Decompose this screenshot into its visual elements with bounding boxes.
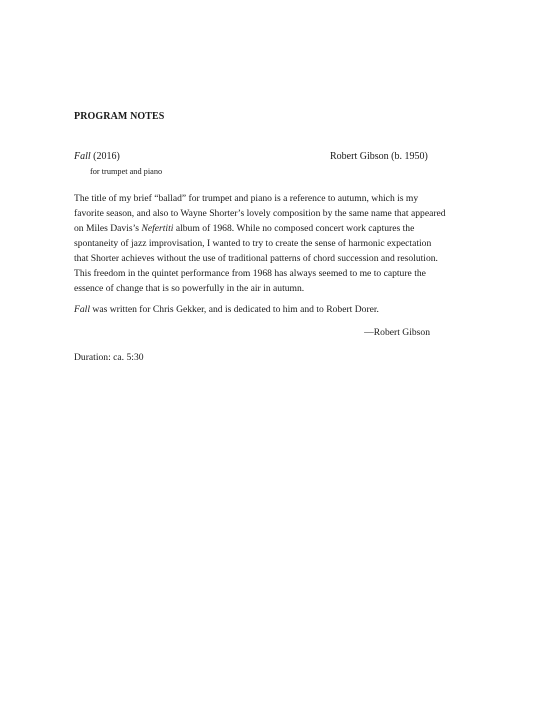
paragraph-line: The title of my brief “ballad” for trump…: [74, 191, 434, 206]
paragraph-line: This freedom in the quintet performance …: [74, 266, 434, 281]
work-title-ref: Fall: [74, 304, 90, 315]
duration: Duration: ca. 5:30: [74, 352, 144, 363]
dedication-paragraph: Fall was written for Chris Gekker, and i…: [74, 302, 434, 317]
paragraph-line: on Miles Davis’s Nefertiti album of 1968…: [74, 221, 434, 236]
work-year: (2016): [93, 151, 120, 162]
line-text: was written for Chris Gekker, and is ded…: [90, 304, 379, 315]
paragraph-line: Fall was written for Chris Gekker, and i…: [74, 302, 434, 317]
work-title: Fall (2016): [74, 151, 120, 162]
section-heading: PROGRAM NOTES: [74, 111, 164, 122]
work-title-name: Fall: [74, 151, 91, 162]
document-page: PROGRAM NOTES Fall (2016) Robert Gibson …: [0, 0, 533, 711]
program-note-paragraph: The title of my brief “ballad” for trump…: [74, 191, 434, 296]
line-text: on Miles Davis’s: [74, 223, 141, 234]
composer-credit: Robert Gibson (b. 1950): [330, 151, 428, 162]
signature: —Robert Gibson: [364, 327, 430, 338]
paragraph-line: spontaneity of jazz improvisation, I wan…: [74, 236, 434, 251]
album-title: Nefertiti: [141, 223, 173, 234]
line-text: album of 1968. While no composed concert…: [173, 223, 414, 234]
paragraph-line: favorite season, and also to Wayne Short…: [74, 206, 434, 221]
paragraph-line: essence of change that is so powerfully …: [74, 281, 434, 296]
paragraph-line: that Shorter achieves without the use of…: [74, 251, 434, 266]
instrumentation: for trumpet and piano: [90, 167, 162, 176]
